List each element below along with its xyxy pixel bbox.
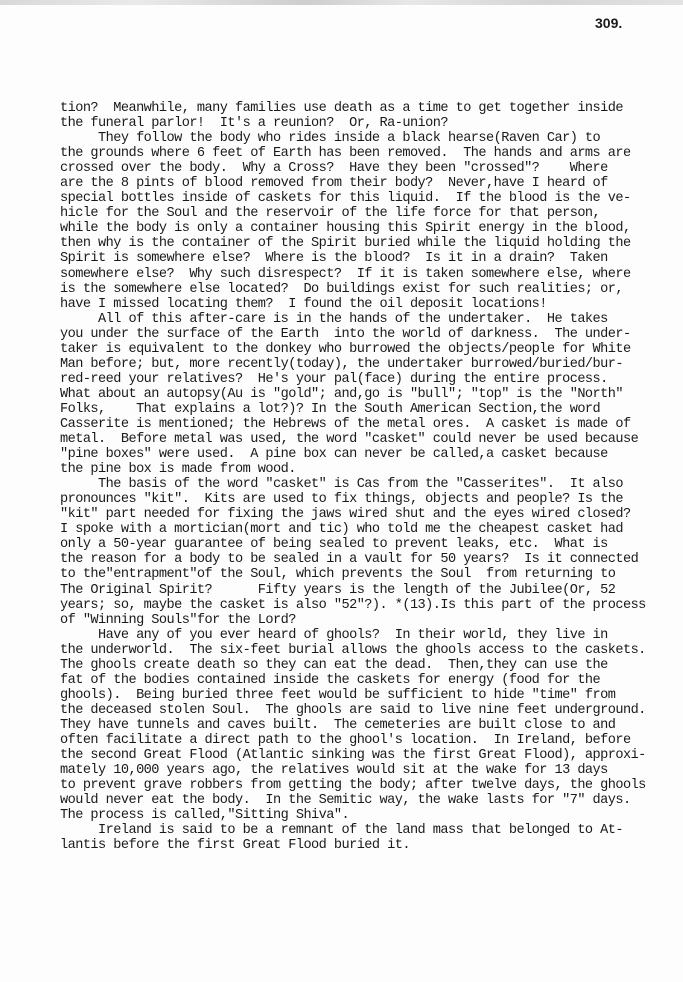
text-line: the grounds where 6 feet of Earth has be… <box>60 146 660 161</box>
text-line: of "Winning Souls"for the Lord? <box>60 613 660 628</box>
text-line: They have tunnels and caves built. The c… <box>60 718 660 733</box>
text-line: pronounces "kit". Kits are used to fix t… <box>60 492 660 507</box>
text-line: lantis before the first Great Flood buri… <box>60 838 660 853</box>
text-line: "pine boxes" were used. A pine box can n… <box>60 447 660 462</box>
text-line: hicle for the Soul and the reservoir of … <box>60 206 660 221</box>
text-line: Spirit is somewhere else? Where is the b… <box>60 251 660 266</box>
text-line: tion? Meanwhile, many families use death… <box>60 101 660 116</box>
text-line: only a 50-year guarantee of being sealed… <box>60 537 660 552</box>
text-line: mately 10,000 years ago, the relatives w… <box>60 763 660 778</box>
text-line: Folks, That explains a lot?)? In the Sou… <box>60 402 660 417</box>
text-line: The basis of the word "casket" is Cas fr… <box>60 477 660 492</box>
text-line: taker is equivalent to the donkey who bu… <box>60 342 660 357</box>
text-line: Have any of you ever heard of ghools? In… <box>60 628 660 643</box>
body-text: tion? Meanwhile, many families use death… <box>60 101 660 853</box>
page-number: 309. <box>595 15 622 31</box>
text-line: while the body is only a container housi… <box>60 221 660 236</box>
text-line: crossed over the body. Why a Cross? Have… <box>60 161 660 176</box>
text-line: the deceased stolen Soul. The ghools are… <box>60 703 660 718</box>
text-line: They follow the body who rides inside a … <box>60 131 660 146</box>
text-line: metal. Before metal was used, the word "… <box>60 432 660 447</box>
text-line: have I missed locating them? I found the… <box>60 297 660 312</box>
text-line: What about an autopsy(Au is "gold"; and,… <box>60 387 660 402</box>
text-line: somewhere else? Why such disrespect? If … <box>60 267 660 282</box>
text-line: "kit" part needed for fixing the jaws wi… <box>60 507 660 522</box>
text-line: The ghools create death so they can eat … <box>60 658 660 673</box>
text-line: special bottles inside of caskets for th… <box>60 191 660 206</box>
text-line: then why is the container of the Spirit … <box>60 236 660 251</box>
text-line: would never eat the body. In the Semitic… <box>60 793 660 808</box>
text-line: Man before; but, more recently(today), t… <box>60 357 660 372</box>
text-line: Ireland is said to be a remnant of the l… <box>60 823 660 838</box>
scan-edge <box>0 0 683 5</box>
text-line: to the"entrapment"of the Soul, which pre… <box>60 567 660 582</box>
text-line: fat of the bodies contained inside the c… <box>60 673 660 688</box>
text-line: The process is called,"Sitting Shiva". <box>60 808 660 823</box>
text-line: Casserite is mentioned; the Hebrews of t… <box>60 417 660 432</box>
text-line: you under the surface of the Earth into … <box>60 327 660 342</box>
text-line: All of this after-care is in the hands o… <box>60 312 660 327</box>
text-line: is the somewhere else located? Do buildi… <box>60 282 660 297</box>
text-line: The Original Spirit? Fifty years is the … <box>60 583 660 598</box>
text-line: red-reed your relatives? He's your pal(f… <box>60 372 660 387</box>
text-line: the funeral parlor! It's a reunion? Or, … <box>60 116 660 131</box>
text-line: the second Great Flood (Atlantic sinking… <box>60 748 660 763</box>
text-line: are the 8 pints of blood removed from th… <box>60 176 660 191</box>
text-line: the reason for a body to be sealed in a … <box>60 552 660 567</box>
text-line: the pine box is made from wood. <box>60 462 660 477</box>
text-line: often facilitate a direct path to the gh… <box>60 733 660 748</box>
text-line: the underworld. The six-feet burial allo… <box>60 643 660 658</box>
text-line: to prevent grave robbers from getting th… <box>60 778 660 793</box>
text-line: years; so, maybe the casket is also "52"… <box>60 598 660 613</box>
text-line: I spoke with a mortician(mort and tic) w… <box>60 522 660 537</box>
text-line: ghools). Being buried three feet would b… <box>60 688 660 703</box>
